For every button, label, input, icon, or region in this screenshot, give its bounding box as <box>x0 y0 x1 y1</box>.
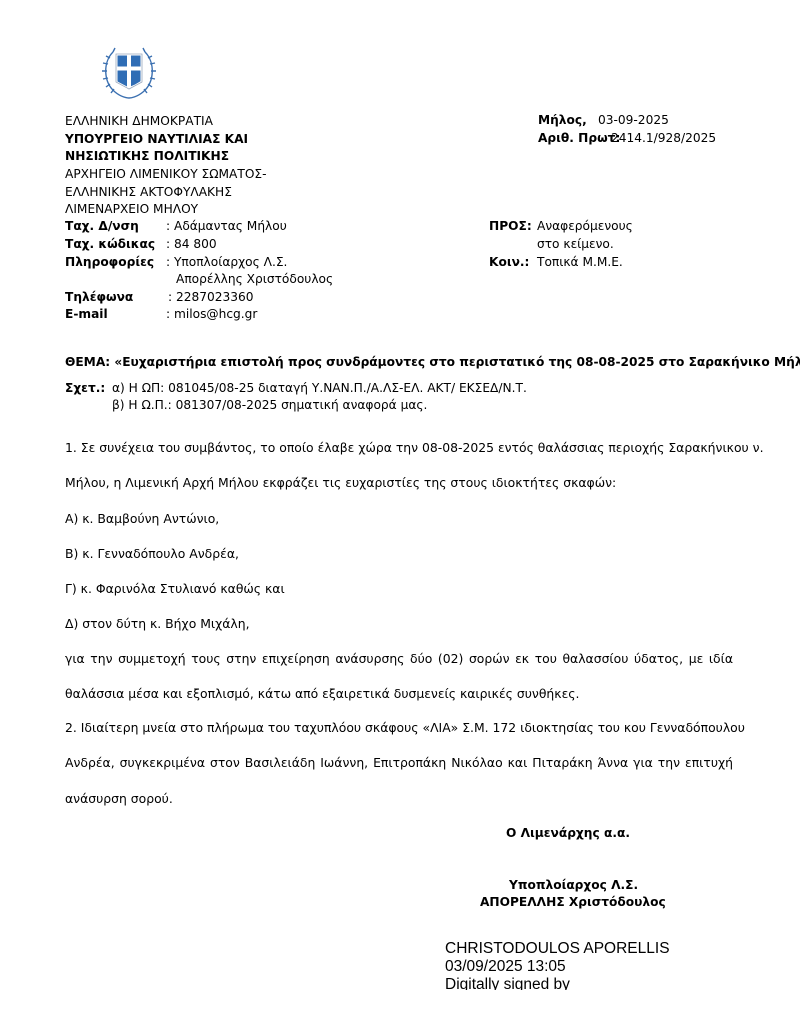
header-port-authority: ΛΙΜΕΝΑΡΧΕΙΟ ΜΗΛΟΥ <box>65 201 198 219</box>
paragraph-1-cont-line-1: για την συμμετοχή τους στην επιχείρηση α… <box>65 651 733 666</box>
paragraph-2-line-3: ανάσυρση σορού. <box>65 791 733 806</box>
address-value: : Αδάμαντας Μήλου <box>166 219 287 233</box>
paragraph-2-line-1: 2. Ιδιαίτερη μνεία στο πλήρωμα του ταχυπ… <box>65 720 733 735</box>
protocol-number: 2414.1/928/2025 <box>611 131 716 145</box>
info-value: : Υποπλοίαρχος Λ.Σ. <box>166 255 287 269</box>
paragraph-1-cont-line-2: θαλάσσια μέσα και εξοπλισμό, κάτω από εξ… <box>65 686 733 701</box>
cc-value: Τοπικά Μ.Μ.Ε. <box>537 255 623 269</box>
email-label: E-mail <box>65 307 108 321</box>
list-item: Β) κ. Γενναδόπουλο Ανδρέα, <box>65 546 733 561</box>
digital-signature-name: CHRISTODOULOS APORELLIS <box>445 940 670 958</box>
to-label: ΠΡΟΣ: <box>489 219 532 233</box>
digital-signature-datetime: 03/09/2025 13:05 <box>445 958 566 976</box>
info-value-name: Απορέλλης Χριστόδουλος <box>176 272 333 286</box>
references-label: Σχετ.: <box>65 381 105 395</box>
paragraph-1-line-2: Μήλου, η Λιμενική Αρχή Μήλου εκφράζει τι… <box>65 475 733 490</box>
signatory-name: ΑΠΟΡΕΛΛΗΣ Χριστόδουλος <box>480 895 666 909</box>
header-country: ΕΛΛΗΝΙΚΗ ΔΗΜΟΚΡΑΤΙΑ <box>65 113 213 131</box>
list-item: Δ) στον δύτη κ. Βήχο Μιχάλη, <box>65 616 733 631</box>
header-ministry-line1: ΥΠΟΥΡΓΕΙΟ ΝΑΥΤΙΛΙΑΣ ΚΑΙ <box>65 131 248 149</box>
header-ministry-line2: ΝΗΣΙΩΤΙΚΗΣ ΠΟΛΙΤΙΚΗΣ <box>65 148 229 166</box>
address-label: Ταχ. Δ/νση <box>65 219 139 233</box>
signatory-title: Ο Λιμενάρχης α.α. <box>506 826 630 840</box>
reference-a: α) Η ΩΠ: 081045/08-25 διαταγή Υ.ΝΑΝ.Π./Α… <box>112 381 527 395</box>
email-value: : milos@hcg.gr <box>166 307 257 321</box>
to-value-line2: στο κείμενο. <box>537 237 614 251</box>
paragraph-2-line-2: Ανδρέα, συγκεκριμένα στον Βασιλειάδη Ιωά… <box>65 755 733 770</box>
postal-code-value: : 84 800 <box>166 237 217 251</box>
subject-line: ΘΕΜΑ: «Ευχαριστήρια επιστολή προς συνδρά… <box>65 355 800 369</box>
list-item: Γ) κ. Φαρινόλα Στυλιανό καθώς και <box>65 581 733 596</box>
header-hq-line1: ΑΡΧΗΓΕΙΟ ΛΙΜΕΝΙΚΟΥ ΣΩΜΑΤΟΣ- <box>65 166 267 184</box>
postal-code-label: Ταχ. κώδικας <box>65 237 155 251</box>
cc-label: Κοιν.: <box>489 255 529 269</box>
phone-label: Τηλέφωνα <box>65 290 133 304</box>
document-date: 03-09-2025 <box>598 113 669 127</box>
info-label: Πληροφορίες <box>65 255 154 269</box>
digital-signature-note: Digitally signed by <box>445 976 570 990</box>
place-label: Μήλος, <box>538 113 587 127</box>
list-item: Α) κ. Βαμβούνη Αντώνιο, <box>65 511 733 526</box>
greek-coat-of-arms-icon <box>99 42 159 102</box>
signatory-rank: Υποπλοίαρχος Λ.Σ. <box>509 878 638 892</box>
protocol-label: Αριθ. Πρωτ: <box>538 131 620 145</box>
header-hq-line2: ΕΛΛΗΝΙΚΗΣ ΑΚΤΟΦΥΛΑΚΗΣ <box>65 184 232 202</box>
reference-b: β) Η Ω.Π.: 081307/08-2025 σηματική αναφο… <box>112 398 427 412</box>
to-value-line1: Αναφερόμενους <box>537 219 633 233</box>
phone-value: : 2287023360 <box>168 290 254 304</box>
paragraph-1-line-1: 1. Σε συνέχεια του συμβάντος, το οποίο έ… <box>65 440 733 455</box>
